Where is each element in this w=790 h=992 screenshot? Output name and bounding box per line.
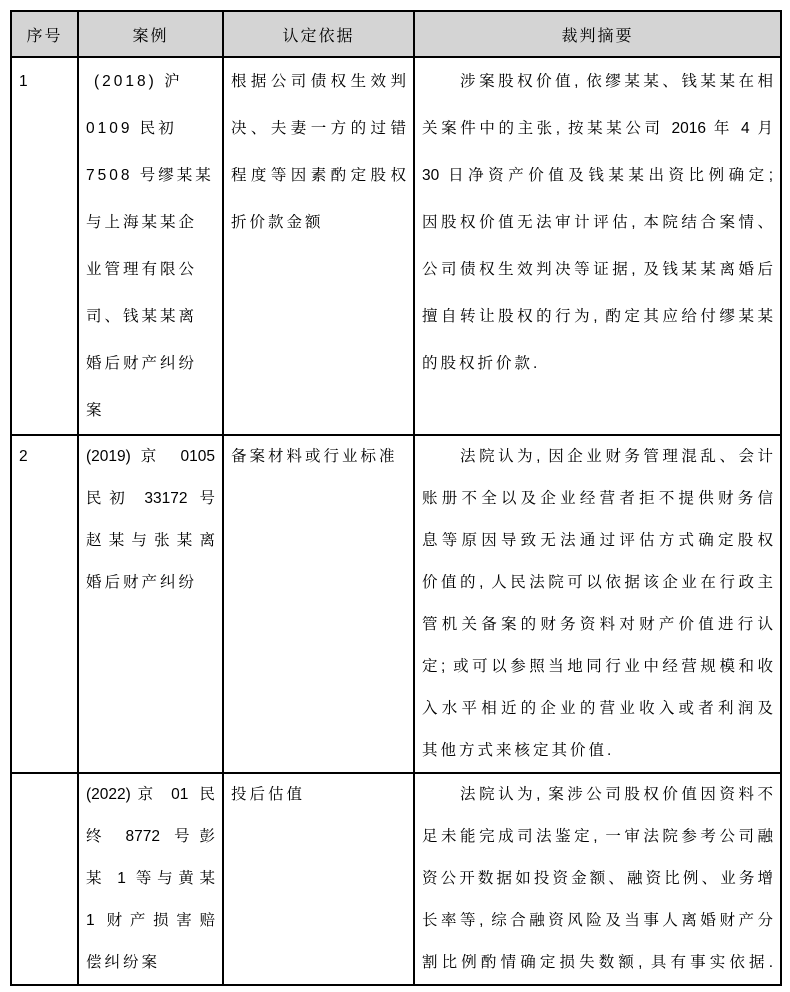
header-cell-no: 序号: [11, 11, 78, 57]
row3-basis-cell: 投后估值: [223, 773, 414, 985]
table-row-2: 2 (2019)京 0105民初 33172 号赵某与张某离婚后财产纠纷 备案材…: [11, 435, 781, 773]
row3-case-cell: (2022)京 01 民终 8772 号彭某 1 等与黄某1 财产损害赔偿纠纷案: [78, 773, 223, 985]
row1-basis-cell: 根据公司债权生效判决、夫妻一方的过错程度等因素酌定股权折价款金额: [223, 57, 414, 435]
document-page: 序号 案例 认定依据 裁判摘要 1 (2018) 沪0109 民初7508 号缪…: [0, 0, 790, 992]
row2-no-cell: 2: [11, 435, 78, 773]
row2-summary-cell: 法院认为, 因企业财务管理混乱、会计账册不全以及企业经营者拒不提供财务信息等原因…: [414, 435, 781, 773]
row3-summary-cell: 法院认为, 案涉公司股权价值因资料不足未能完成司法鉴定, 一审法院参考公司融资公…: [414, 773, 781, 985]
header-cell-summary: 裁判摘要: [414, 11, 781, 57]
case-summary-table: 序号 案例 认定依据 裁判摘要 1 (2018) 沪0109 民初7508 号缪…: [10, 10, 782, 986]
table-row-1: 1 (2018) 沪0109 民初7508 号缪某某与上海某某企业管理有限公司、…: [11, 57, 781, 435]
table-row-3: (2022)京 01 民终 8772 号彭某 1 等与黄某1 财产损害赔偿纠纷案…: [11, 773, 781, 985]
row1-summary-cell: 涉案股权价值, 依缪某某、钱某某在相关案件中的主张, 按某某公司 2016 年 …: [414, 57, 781, 435]
header-cell-case: 案例: [78, 11, 223, 57]
row2-basis-cell: 备案材料或行业标准: [223, 435, 414, 773]
header-row: 序号 案例 认定依据 裁判摘要: [11, 11, 781, 57]
row2-case-cell: (2019)京 0105民初 33172 号赵某与张某离婚后财产纠纷: [78, 435, 223, 773]
row3-no-cell: [11, 773, 78, 985]
row1-no-cell: 1: [11, 57, 78, 435]
page: { "page": { "background": "#ffffff" }, "…: [0, 0, 790, 992]
header-cell-basis: 认定依据: [223, 11, 414, 57]
row1-case-cell: (2018) 沪0109 民初7508 号缪某某与上海某某企业管理有限公司、钱某…: [78, 57, 223, 435]
